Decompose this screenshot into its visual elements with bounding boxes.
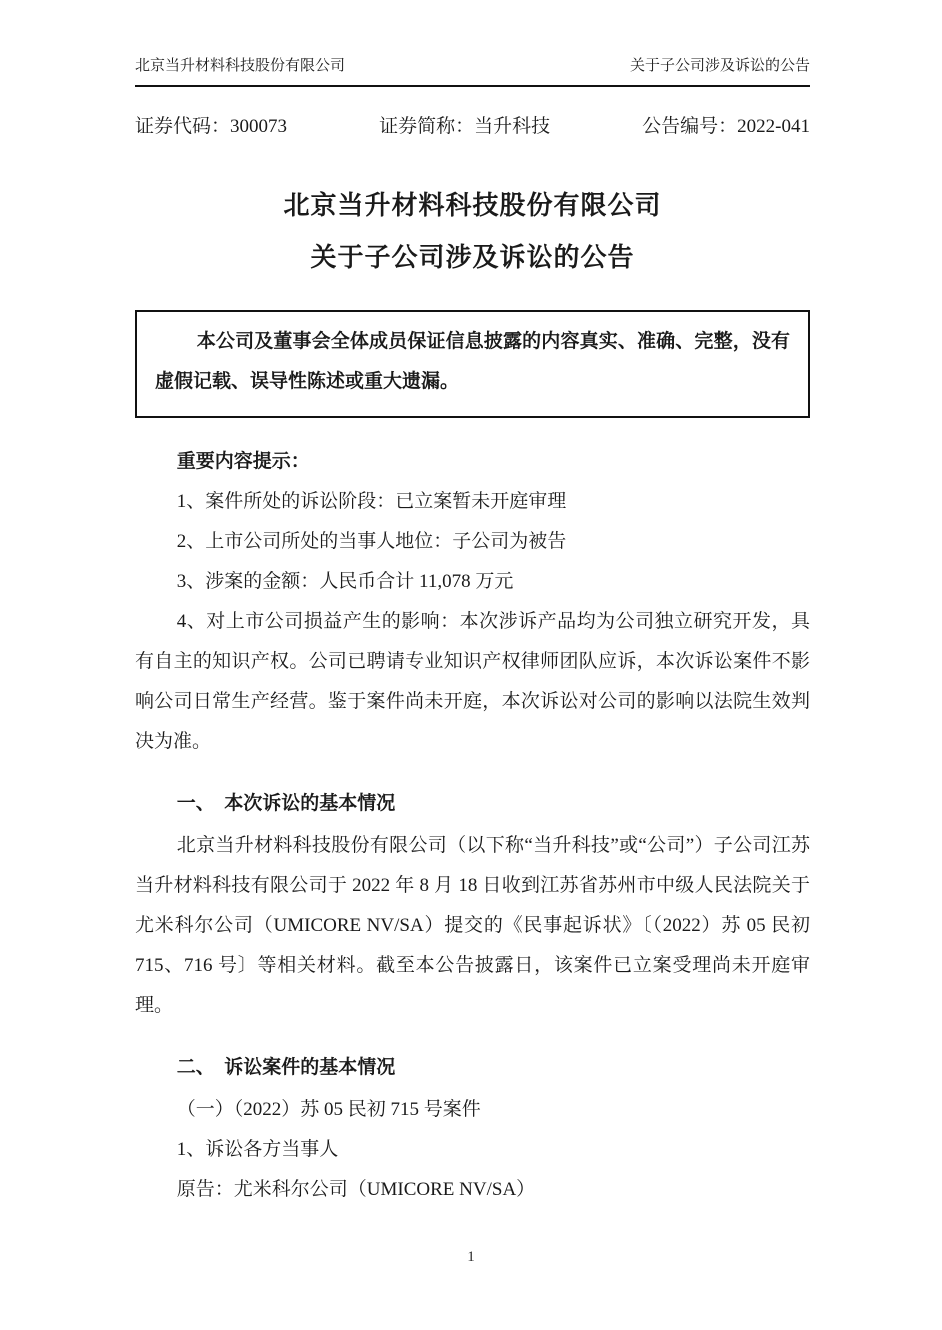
announcement-number: 公告编号：2022-041 <box>642 114 810 140</box>
section-litigation-overview: 一、 本次诉讼的基本情况 北京当升材料科技股份有限公司（以下称“当升科技”或“公… <box>135 784 810 1026</box>
section-paragraph: 北京当升材料科技股份有限公司（以下称“当升科技”或“公司”）子公司江苏当升材料科… <box>135 826 810 1026</box>
document-title-line-2: 关于子公司涉及诉讼的公告 <box>135 232 810 284</box>
plaintiff-line: 原告：尤米科尔公司（UMICORE NV/SA） <box>135 1170 810 1210</box>
section-heading: 一、 本次诉讼的基本情况 <box>135 784 810 824</box>
section-heading: 二、 诉讼案件的基本情况 <box>135 1048 810 1088</box>
header-doc-title: 关于子公司涉及诉讼的公告 <box>630 56 810 76</box>
important-notice-section: 重要内容提示： 1、案件所处的诉讼阶段：已立案暂未开庭审理 2、上市公司所处的当… <box>135 442 810 762</box>
parties-heading-line: 1、诉讼各方当事人 <box>135 1130 810 1170</box>
securities-short-name: 证券简称：当升科技 <box>379 114 550 140</box>
page-number: 1 <box>467 1249 475 1265</box>
document-page: 北京当升材料科技股份有限公司 关于子公司涉及诉讼的公告 证券代码：300073 … <box>0 0 942 1330</box>
header-company-name: 北京当升材料科技股份有限公司 <box>135 56 345 76</box>
securities-code: 证券代码：300073 <box>135 114 287 140</box>
document-title: 北京当升材料科技股份有限公司 关于子公司涉及诉讼的公告 <box>135 180 810 284</box>
document-title-line-1: 北京当升材料科技股份有限公司 <box>135 180 810 232</box>
board-statement-box: 本公司及董事会全体成员保证信息披露的内容真实、准确、完整，没有虚假记载、误导性陈… <box>135 310 810 418</box>
notice-item-stage: 1、案件所处的诉讼阶段：已立案暂未开庭审理 <box>135 482 810 522</box>
securities-info-row: 证券代码：300073 证券简称：当升科技 公告编号：2022-041 <box>135 114 810 140</box>
important-notice-heading: 重要内容提示： <box>135 442 810 482</box>
page-header: 北京当升材料科技股份有限公司 关于子公司涉及诉讼的公告 <box>135 56 810 87</box>
board-statement-text: 本公司及董事会全体成员保证信息披露的内容真实、准确、完整，没有虚假记载、误导性陈… <box>155 322 790 402</box>
notice-item-impact: 4、对上市公司损益产生的影响：本次涉诉产品均为公司独立研究开发，具有自主的知识产… <box>135 602 810 762</box>
notice-item-amount: 3、涉案的金额：人民币合计 11,078 万元 <box>135 562 810 602</box>
section-case-details: 二、 诉讼案件的基本情况 （一）（2022）苏 05 民初 715 号案件 1、… <box>135 1048 810 1210</box>
notice-item-party-status: 2、上市公司所处的当事人地位：子公司为被告 <box>135 522 810 562</box>
page-footer: 1 <box>0 1249 942 1266</box>
case-number-line: （一）（2022）苏 05 民初 715 号案件 <box>135 1090 810 1130</box>
